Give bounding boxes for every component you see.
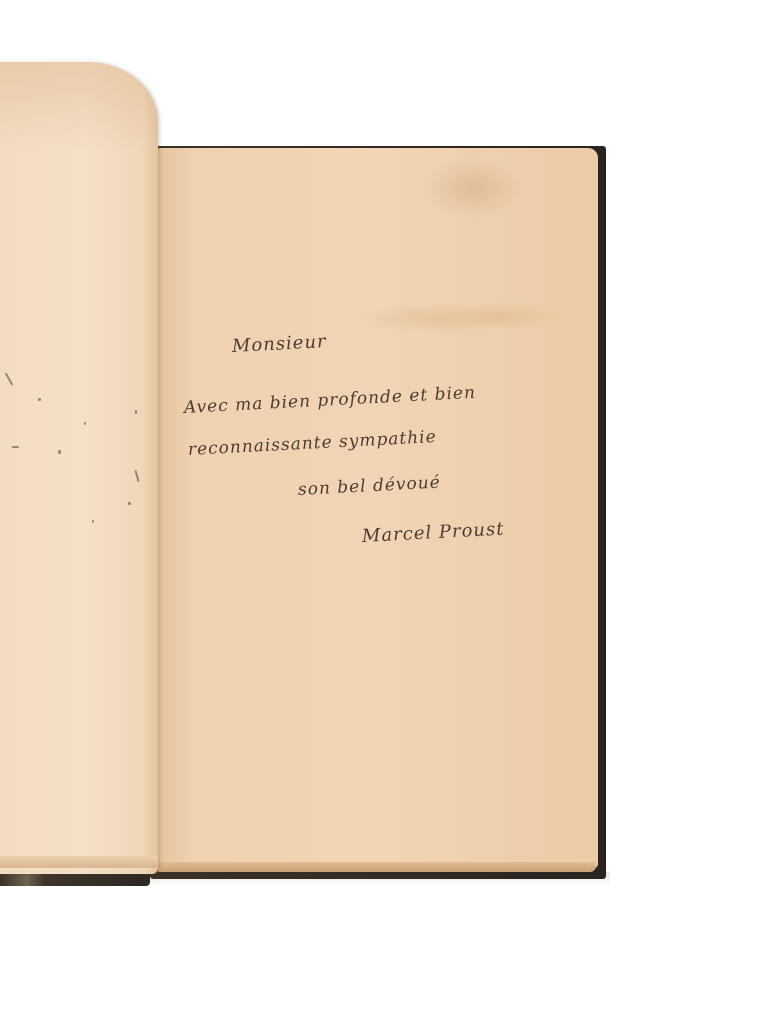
left-page: [0, 62, 158, 874]
foxing-mark: [84, 422, 86, 425]
right-flyleaf-page: Monsieur Avec ma bien profonde et bien r…: [158, 148, 598, 868]
right-page-block-edge: [158, 862, 596, 872]
handwritten-inscription: Monsieur Avec ma bien profonde et bien r…: [158, 148, 598, 868]
inscription-signature: Marcel Proust: [361, 519, 505, 547]
inscription-line-1: Avec ma bien profonde et bien: [183, 383, 476, 418]
foxing-mark: [58, 450, 61, 454]
foxing-mark: [92, 520, 94, 523]
inscription-line-3: son bel dévoué: [297, 473, 441, 500]
foxing-mark: [135, 410, 137, 414]
inscription-salutation: Monsieur: [231, 331, 327, 357]
foxing-mark: [134, 470, 139, 482]
foxing-mark: [128, 502, 131, 505]
foxing-mark: [12, 446, 19, 448]
inscription-line-2: reconnaissante sympathie: [187, 427, 437, 460]
foxing-mark: [5, 372, 14, 385]
foxing-mark: [38, 398, 41, 401]
photo-scene: Monsieur Avec ma bien profonde et bien r…: [0, 0, 768, 1024]
left-page-block-edge: [0, 856, 158, 868]
